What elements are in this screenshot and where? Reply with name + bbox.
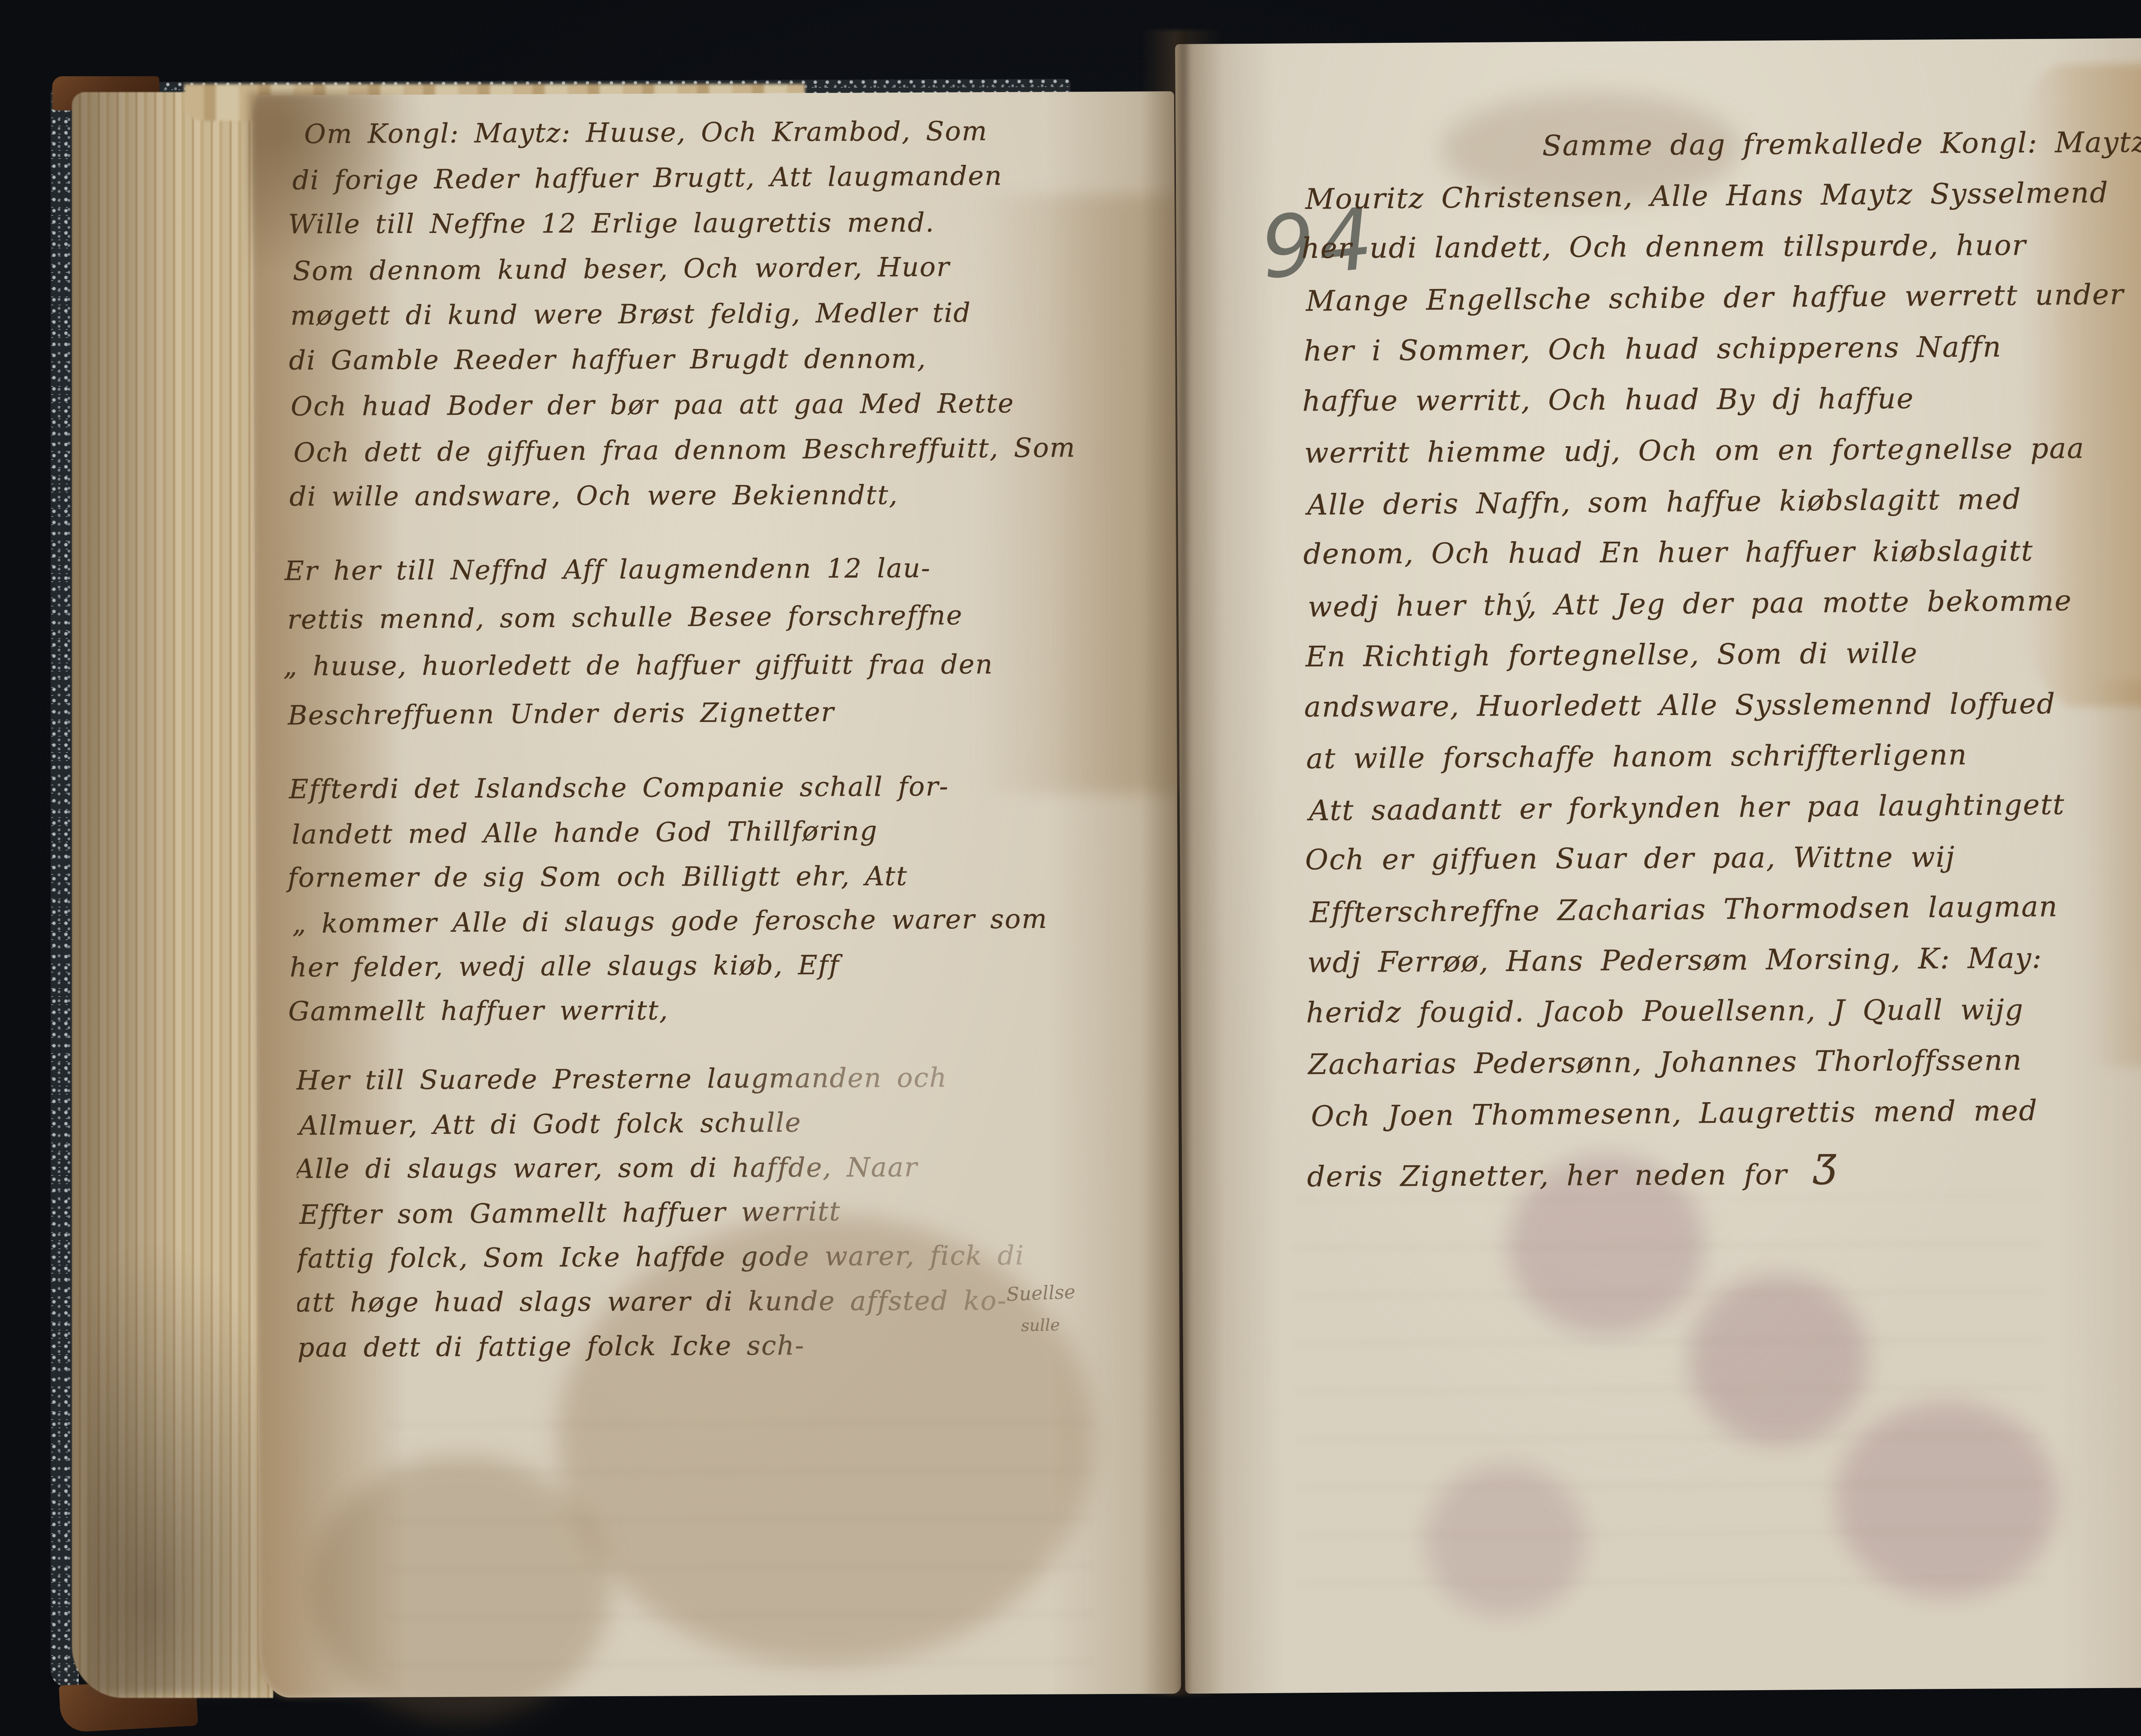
manuscript-line: at wille forschaffe hanom schriffterlige…: [1306, 739, 2141, 796]
manuscript-line: di Gamble Reeder haffuer Brugdt dennom,: [289, 345, 1071, 393]
manuscript-line: Zacharias Pedersønn, Johannes Thorloffss…: [1308, 1045, 2141, 1102]
manuscript-line: møgett di kund were Brøst feldig, Medler…: [290, 299, 1073, 348]
manuscript-line: her i Sommer, Och huad schipperens Naffn: [1303, 331, 2141, 388]
manuscript-line-text: deris Zignetter, her neden for: [1307, 1158, 1787, 1193]
purple-blotch-4: [1424, 1463, 1587, 1618]
manuscript-line: Allmuer, Att di Godt folck schulle: [299, 1108, 1027, 1157]
manuscript-line: Som dennom kund beser, Och worder, Huor: [292, 253, 1075, 303]
manuscript-line: Beschreffuenn Under deris Zignetter: [288, 698, 998, 750]
left-paragraph-1: Om Kongl: Maytz: Huuse, Och Krambod, Som…: [289, 117, 1073, 529]
manuscript-line: Effter som Gammellt haffuer werritt: [299, 1197, 1027, 1246]
manuscript-line: Er her till Neffnd Aff laugmendenn 12 la…: [285, 555, 995, 606]
manuscript-line: att høge huad slags warer di kunde affst…: [295, 1287, 1023, 1333]
manuscript-line: „ kommer Alle di slaugs gode ferosche wa…: [292, 906, 1048, 955]
manuscript-line: Effterdi det Islandsche Companie schall …: [289, 773, 1045, 821]
manuscript-line: di forige Reder haffuer Brugtt, Att laug…: [292, 162, 1074, 212]
manuscript-line: Mouritz Christensen, Alle Hans Maytz Sys…: [1305, 177, 2141, 236]
manuscript-line: Och Joen Thommesenn, Laugrettis mend med: [1311, 1095, 2141, 1153]
manuscript-line: Mange Engellsche schibe der haffue werre…: [1306, 279, 2141, 338]
photo-background: Om Kongl: Maytz: Huuse, Och Krambod, Som…: [0, 0, 2141, 1736]
ink-bleed-through-right: [1294, 1195, 2045, 1585]
manuscript-line: haffue werritt, Och huad By dj haffue: [1302, 383, 2141, 438]
manuscript-line: Alle deris Naffn, som haffue kiøbslagitt…: [1307, 483, 2141, 542]
manuscript-line: Wille till Neffne 12 Erlige laugrettis m…: [288, 209, 1070, 257]
right-page: 94 Samme dag fremkallede Kongl: Maytz fo…: [1175, 38, 2141, 1694]
purple-blotch-2: [1688, 1273, 1869, 1446]
manuscript-line: landett med Alle hande God Thillføring: [292, 817, 1047, 866]
manuscript-line: Om Kongl: Maytz: Huuse, Och Krambod, Som: [289, 117, 1072, 166]
manuscript-line: Samme dag fremkallede Kongl: Maytz fouge…: [1303, 128, 2141, 185]
manuscript-line: Och huad Boder der bør paa att gaa Med R…: [291, 390, 1073, 438]
manuscript-line: En Richtigh fortegnellse, Som di wille: [1306, 637, 2141, 694]
manuscript-line: her udi landett, Och dennem tillspurde, …: [1301, 230, 2141, 286]
left-paragraph-3: Effterdi det Islandsche Companie schall …: [289, 773, 1046, 1044]
right-page-entry: Samme dag fremkallede Kongl: Maytz fouge…: [1303, 128, 2141, 1204]
manuscript-line: di wille andsware, Och were Bekienndtt,: [289, 481, 1072, 529]
purple-blotch-3: [1834, 1401, 2058, 1599]
manuscript-line: wedj huer thý, Att Jeg der paa motte bek…: [1308, 585, 2141, 644]
manuscript-line: denom, Och huad En huer haffuer kiøbslag…: [1303, 536, 2141, 591]
manuscript-line: Att saadantt er forkynden her paa laught…: [1309, 789, 2141, 847]
manuscript-line: Alle di slaugs warer, som di haffde, Naa…: [295, 1154, 1023, 1200]
manuscript-line: fattig folck, Som Icke haffde gode warer…: [297, 1242, 1025, 1290]
manuscript-line: fornemer de sig Som och Billigtt ehr, At…: [288, 862, 1044, 909]
manuscript-line: andsware, Huorledett Alle Sysslemennd lo…: [1304, 689, 2141, 744]
manuscript-line: her felder, wedj alle slaugs kiøb, Eff: [290, 951, 1046, 999]
manuscript-line: heridz fougid. Jacob Pouellsenn, J Quall…: [1306, 995, 2141, 1050]
left-page: Om Kongl: Maytz: Huuse, Och Krambod, Som…: [253, 91, 1181, 1697]
manuscript-line: Gammellt haffuer werritt,: [288, 996, 1044, 1043]
left-paragraph-4: Her till Suarede Presterne laugmanden oc…: [296, 1064, 1025, 1379]
stain-bottom-left: [310, 1456, 611, 1722]
manuscript-line: „ huuse, huorledett de haffuer giffuitt …: [283, 651, 993, 701]
left-paragraph-2: Er her till Neffnd Aff laugmendenn 12 la…: [285, 555, 996, 749]
manuscript-line: wdj Ferrøø, Hans Pedersøm Morsing, K: Ma…: [1307, 943, 2141, 1000]
manuscript-line: Och er giffuen Suar der paa, Wittne wij: [1305, 842, 2141, 897]
manuscript-line: rettis mennd, som schulle Besee forschre…: [287, 602, 998, 654]
manuscript-line: Och dett de giffuen fraa dennom Beschref…: [293, 434, 1076, 485]
ink-bleed-through-left: [387, 1398, 1094, 1666]
last-manuscript-line: deris Zignetter, her neden forƷ: [1307, 1147, 2141, 1202]
scribal-end-flourish: Ʒ: [1787, 1146, 1837, 1194]
manuscript-line: werritt hiemme udj, Och om en fortegnell…: [1304, 433, 2141, 490]
faded-margin-note: Suellse: [1006, 1281, 1076, 1306]
manuscript-line: Her till Suarede Presterne laugmanden oc…: [296, 1064, 1024, 1112]
manuscript-line: paa dett di fattige folck Icke sch-: [297, 1331, 1025, 1379]
manuscript-line: Effterschreffne Zacharias Thormodsen lau…: [1309, 891, 2141, 949]
faded-margin-note: sulle: [1021, 1315, 1060, 1335]
book-gutter-shadow: [1141, 30, 1223, 1696]
